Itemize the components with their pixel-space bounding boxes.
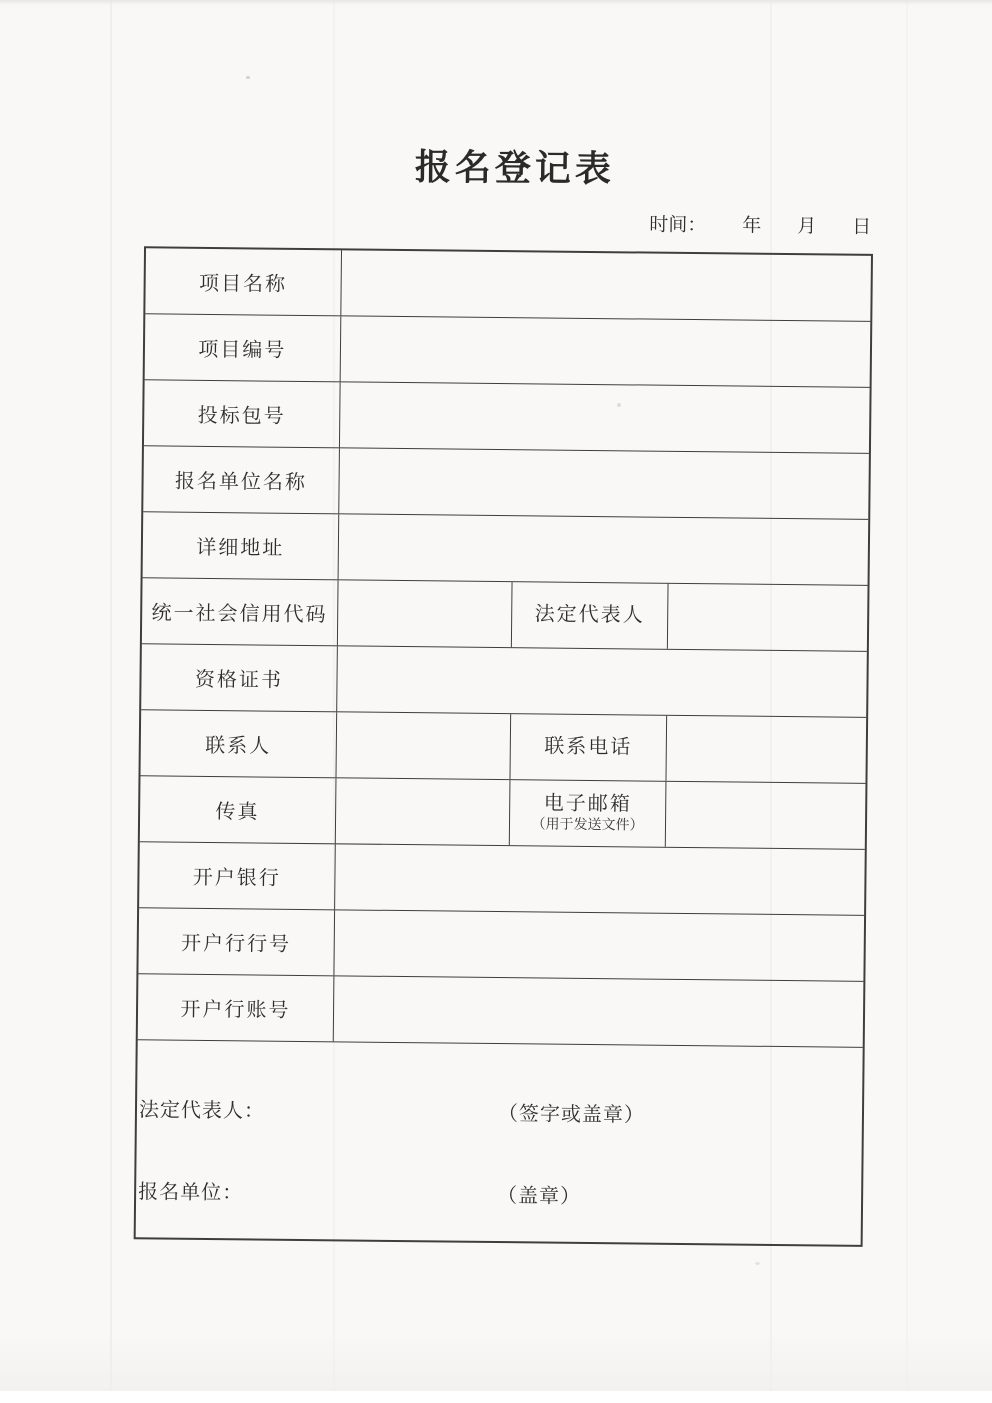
table-row-fax-email: 传真 电子邮箱 （用于发送文件） xyxy=(140,776,866,850)
scanned-page: 报名登记表 时间： 年 月 日 项目名称 项目编号 投标包号 报名单位名称 xyxy=(0,0,992,1403)
email-label-text: 电子邮箱 xyxy=(544,792,632,818)
signature-section: 法定代表人： （签字或盖章） 报名单位： （盖章） xyxy=(136,1040,863,1245)
project-name-value-cell xyxy=(341,250,871,321)
fax-label: 传真 xyxy=(140,776,336,843)
bid-package-label: 投标包号 xyxy=(144,380,340,447)
qualification-value-cell xyxy=(337,646,867,717)
project-name-label: 项目名称 xyxy=(145,248,341,315)
table-row-bank-name: 开户银行 xyxy=(139,842,865,916)
bank-branch-value-cell xyxy=(334,910,864,981)
table-row-address: 详细地址 xyxy=(143,512,869,586)
address-value-cell xyxy=(338,514,868,585)
table-row-bank-branch: 开户行行号 xyxy=(138,908,864,982)
bid-package-value-cell xyxy=(340,382,870,453)
qualification-label: 资格证书 xyxy=(141,644,337,711)
date-day-label: 日 xyxy=(852,212,871,239)
table-row-bid-package: 投标包号 xyxy=(144,380,870,454)
project-number-label: 项目编号 xyxy=(145,314,341,381)
legal-rep-label: 法定代表人 xyxy=(512,582,668,649)
email-value-cell xyxy=(665,782,865,849)
email-label: 电子邮箱 （用于发送文件） xyxy=(510,780,666,847)
seal-note: （盖章） xyxy=(497,1179,581,1209)
bank-branch-label: 开户行行号 xyxy=(138,908,334,975)
credit-code-value-cell xyxy=(338,580,513,647)
fax-value-cell xyxy=(336,778,511,845)
date-label: 时间： xyxy=(649,210,706,238)
sign-or-seal-note: （签字或盖章） xyxy=(498,1097,645,1128)
applicant-name-value-cell xyxy=(339,448,869,519)
table-row-applicant-name: 报名单位名称 xyxy=(143,446,869,520)
legal-rep-value-cell xyxy=(667,584,867,651)
project-number-value-cell xyxy=(340,316,870,387)
applicant-unit-label: 报名单位： xyxy=(138,1175,243,1205)
table-row-qualification: 资格证书 xyxy=(141,644,867,718)
email-label-note: （用于发送文件） xyxy=(531,817,643,836)
table-row-project-number: 项目编号 xyxy=(145,314,871,388)
bank-name-label: 开户银行 xyxy=(139,842,335,909)
contact-person-value-cell xyxy=(336,712,511,779)
table-row-contact: 联系人 联系电话 xyxy=(140,710,866,784)
bank-account-label: 开户行账号 xyxy=(138,974,334,1041)
bank-account-value-cell xyxy=(333,976,863,1047)
date-month-label: 月 xyxy=(797,211,816,238)
bank-name-value-cell xyxy=(335,844,865,915)
page-title: 报名登记表 xyxy=(6,135,992,196)
credit-code-label: 统一社会信用代码 xyxy=(142,578,338,645)
document-content: 报名登记表 时间： 年 月 日 项目名称 项目编号 投标包号 报名单位名称 xyxy=(0,0,992,1403)
table-row-bank-account: 开户行账号 xyxy=(138,974,864,1048)
contact-phone-value-cell xyxy=(666,716,866,783)
contact-person-label: 联系人 xyxy=(141,710,337,777)
legal-rep-signature-label: 法定代表人： xyxy=(139,1093,265,1123)
applicant-name-label: 报名单位名称 xyxy=(143,446,339,513)
date-year-label: 年 xyxy=(742,211,761,238)
table-row-credit-code: 统一社会信用代码 法定代表人 xyxy=(142,578,868,652)
address-label: 详细地址 xyxy=(143,512,339,579)
table-row-project-name: 项目名称 xyxy=(145,248,871,322)
contact-phone-label: 联系电话 xyxy=(511,714,667,781)
registration-table: 项目名称 项目编号 投标包号 报名单位名称 详细地址 统一社会信用代码 xyxy=(134,246,873,1247)
date-line: 时间： 年 月 日 xyxy=(649,210,871,239)
